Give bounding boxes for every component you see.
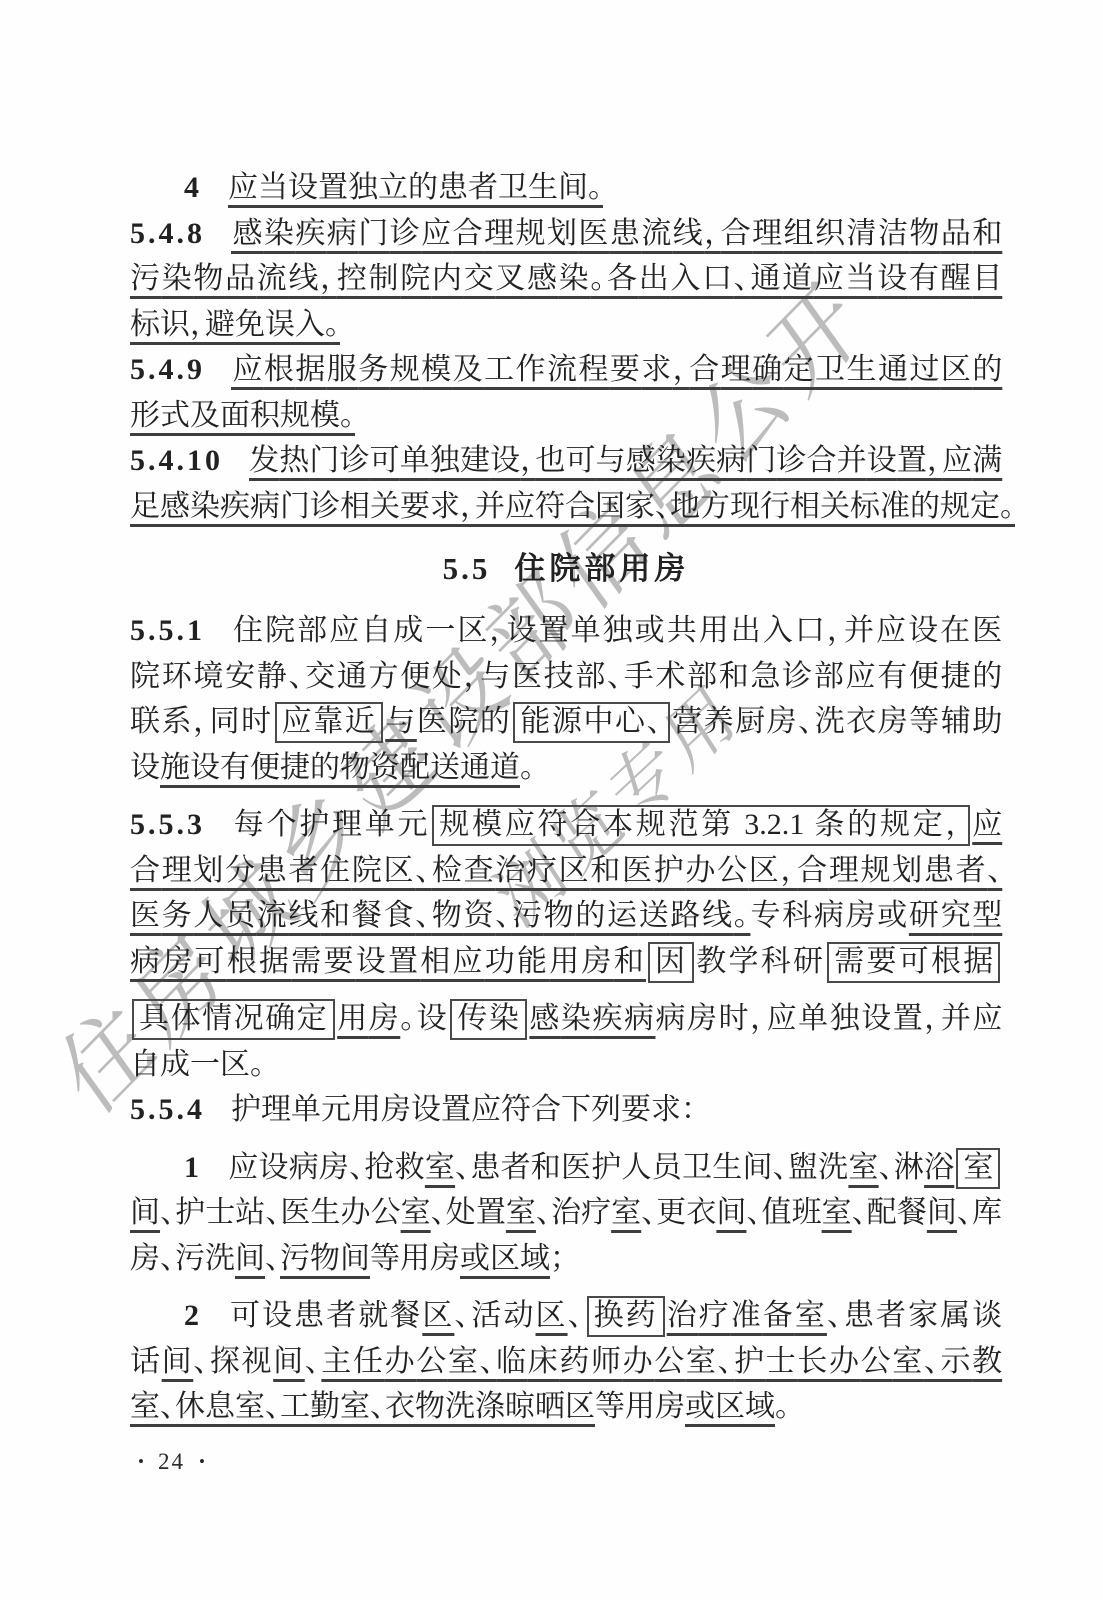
text-segment: 住院部应自成一区，设置单独或共用出入口，并应设在医 xyxy=(231,614,1002,647)
text-segment: 、患者和医护人员卫生间、盥洗 xyxy=(455,1151,848,1184)
heading-title: 住院部用房 xyxy=(514,551,689,586)
text-segment: 。 xyxy=(775,1390,790,1423)
text-line: 污染物品流线，控制院内交叉感染。各出入口、通道应当设有醒目 xyxy=(130,256,1002,302)
punctuation: 。 xyxy=(325,308,340,341)
underlined-text: 病房可根据需要设置相应功能用房和 xyxy=(130,945,646,978)
page-number-dot: • xyxy=(199,1452,205,1471)
underlined-text: 间 xyxy=(927,1196,957,1229)
text-segment: 可设患者就餐 xyxy=(228,1299,422,1332)
text-segment: 、治疗 xyxy=(536,1196,611,1229)
underlined-text: 足感染疾病门诊相关要求，并应符合国家、地方现行相关标准的规定。 xyxy=(130,490,1015,523)
punctuation: ， xyxy=(780,854,797,887)
underlined-text: 浴 xyxy=(924,1151,954,1184)
section-number: 2 xyxy=(184,1299,202,1332)
underlined-text: 治疗准备室 xyxy=(667,1299,827,1332)
punctuation: ， xyxy=(460,490,475,523)
punctuation: 、 xyxy=(288,660,305,693)
text-segment: 话 xyxy=(130,1345,162,1378)
text-line: 话间、探视间、主任办公室、临床药师办公室、护士长办公室、示教 xyxy=(130,1339,1002,1385)
boxed-text: 应靠近 xyxy=(275,702,384,743)
text-line: 足感染疾病门诊相关要求，并应符合国家、地方现行相关标准的规定。 xyxy=(130,484,1002,530)
underlined-text: 或区域 xyxy=(685,1390,775,1423)
punctuation: 、 xyxy=(879,1151,894,1184)
punctuation: ， xyxy=(320,262,337,295)
text-segment: 营养厨房、洗衣房等辅助 xyxy=(672,705,1002,738)
underlined-text: 区 xyxy=(422,1299,454,1332)
document-body: 4应当设置独立的患者卫生间。5.4.8感染疾病门诊应合理规划医患流线，合理组织清… xyxy=(0,0,1002,1484)
text-segment: 教学科研 xyxy=(696,945,825,978)
text-segment: 、患者家属谈 xyxy=(827,1299,1002,1332)
punctuation: ， xyxy=(464,660,481,693)
punctuation: 、 xyxy=(655,490,670,523)
punctuation: ， xyxy=(193,705,210,738)
text-segment: 房、污洗 xyxy=(130,1242,235,1275)
text-segment: 联系，同时 xyxy=(130,705,273,738)
punctuation: 、 xyxy=(193,1345,210,1378)
underlined-text: 室 xyxy=(401,1196,431,1229)
text-line: 5.4.9应根据服务规模及工作流程要求，合理确定卫生通过区的 xyxy=(130,347,1002,393)
text-line: 室、休息室、工勤室、衣物洗涤晾晒区等用房或区域。 xyxy=(130,1384,1002,1430)
underlined-text: 施设有便捷的物资配送通道 xyxy=(160,751,520,784)
text-segment: 自成一区。 xyxy=(130,1048,265,1081)
text-line: 具体情况确定用房。设传染感染疾病病房时，应单独设置，并应 xyxy=(130,996,1002,1042)
punctuation: 、 xyxy=(415,899,432,932)
punctuation: 、 xyxy=(265,1390,280,1423)
underlined-text: 间 xyxy=(130,1196,160,1229)
punctuation: 。 xyxy=(588,171,603,204)
punctuation: 、 xyxy=(987,854,1002,887)
underlined-text: 间 xyxy=(162,1345,194,1378)
boxed-text: 室 xyxy=(956,1148,1000,1189)
text-segment: 。设 xyxy=(400,1002,448,1035)
punctuation: ， xyxy=(750,1002,767,1035)
underlined-text: 发热门诊可单独建设，也可与感染疾病门诊合并设置，应满 xyxy=(249,444,1002,477)
punctuation: 、 xyxy=(607,660,624,693)
boxed-text: 传染 xyxy=(450,999,527,1040)
punctuation: 、 xyxy=(370,1390,385,1423)
boxed-text: 具体情况确定 xyxy=(132,999,335,1040)
punctuation: ， xyxy=(520,444,535,477)
section-number: 5.4.10 xyxy=(130,444,223,477)
punctuation: ， xyxy=(489,614,506,647)
text-segment: 。 xyxy=(520,751,535,784)
section-number: 5.4.8 xyxy=(130,217,205,250)
punctuation: 、 xyxy=(746,1196,761,1229)
punctuation: 、 xyxy=(718,1345,735,1378)
text-line: 联系，同时应靠近与医院的能源中心、营养厨房、洗衣房等辅助 xyxy=(130,699,1002,745)
section-number: 5.5.1 xyxy=(130,614,205,647)
text-segment: 、更衣 xyxy=(641,1196,716,1229)
text-line: 4应当设置独立的患者卫生间。 xyxy=(130,165,1002,211)
text-segment: 、 xyxy=(305,1345,322,1378)
underlined-text: 室、休息室、工勤室、衣物洗涤晾晒区 xyxy=(130,1390,595,1423)
text-segment: 每个护理单元 xyxy=(231,808,430,841)
heading-number: 5.5 xyxy=(443,551,491,586)
punctuation: 。 xyxy=(520,751,535,784)
text-segment: 、配餐 xyxy=(852,1196,927,1229)
underlined-text: 室 xyxy=(611,1196,641,1229)
punctuation: 。 xyxy=(1000,490,1015,523)
text-segment: 、处置 xyxy=(431,1196,506,1229)
punctuation: 、 xyxy=(454,1299,471,1332)
text-segment: 、 xyxy=(568,1299,585,1332)
punctuation: 、 xyxy=(305,1345,322,1378)
text-line: 房、污洗间、污物间等用房或区域； xyxy=(130,1236,1002,1282)
punctuation: 、 xyxy=(647,705,664,738)
text-segment: 应设病房、抢救 xyxy=(228,1151,425,1184)
punctuation: 、 xyxy=(773,1151,788,1184)
punctuation: 、 xyxy=(798,705,815,738)
text-segment: 医院的 xyxy=(417,705,512,738)
underlined-text: 室 xyxy=(506,1196,536,1229)
underlined-text: 间 xyxy=(235,1242,265,1275)
section-heading: 5.5住院部用房 xyxy=(130,546,1002,592)
section-number: 5.4.9 xyxy=(130,353,205,386)
page-number-dot: • xyxy=(138,1452,144,1471)
punctuation: 、 xyxy=(349,1151,364,1184)
text-segment: 、值班 xyxy=(746,1196,821,1229)
text-line: 5.5.4护理单元用房设置应符合下列要求： xyxy=(130,1087,1002,1133)
section-number: 1 xyxy=(184,1151,202,1184)
text-line: 设施设有便捷的物资配送通道。 xyxy=(130,745,1002,791)
text-line: 自成一区。 xyxy=(130,1042,1002,1088)
underlined-text: 应当设置独立的患者卫生间。 xyxy=(228,171,603,204)
punctuation: 、 xyxy=(827,1299,844,1332)
text-line: 5.4.8感染疾病门诊应合理规划医患流线，合理组织清洁物品和 xyxy=(130,211,1002,257)
punctuation: ， xyxy=(945,808,963,841)
underlined-text: 研究型 xyxy=(909,899,1002,932)
underlined-text: 或区域 xyxy=(460,1242,550,1275)
text-segment: 等用房 xyxy=(370,1242,460,1275)
underlined-text: 标识，避免误入。 xyxy=(130,308,340,341)
underlined-text: 主任办公室、临床药师办公室、护士长办公室、示教 xyxy=(321,1345,1002,1378)
text-line: 1应设病房、抢救室、患者和医护人员卫生间、盥洗室、淋浴室 xyxy=(130,1145,1002,1191)
punctuation: 、 xyxy=(431,1196,446,1229)
underlined-text: 用房 xyxy=(337,1002,400,1035)
text-line: 5.5.1住院部应自成一区，设置单独或共用出入口，并应设在医 xyxy=(130,608,1002,654)
underlined-text: 应根据服务规模及工作流程要求，合理确定卫生通过区的 xyxy=(231,353,1002,386)
punctuation: 。 xyxy=(400,1002,417,1035)
text-segment: 、 xyxy=(265,1242,280,1275)
text-segment: 、探视 xyxy=(193,1345,273,1378)
punctuation: 、 xyxy=(536,1196,551,1229)
punctuation: 。 xyxy=(340,399,355,432)
text-line: 院环境安静、交通方便处，与医技部、手术部和急诊部应有便捷的 xyxy=(130,654,1002,700)
boxed-text: 规模应符合本规范第 3.2.1 条的规定， xyxy=(432,805,970,846)
punctuation: 、 xyxy=(495,899,512,932)
text-segment: ； xyxy=(550,1242,565,1275)
punctuation: ， xyxy=(704,217,720,250)
punctuation: ； xyxy=(550,1242,565,1275)
punctuation: 、 xyxy=(924,1345,941,1378)
page-number-value: 24 xyxy=(158,1449,185,1474)
underlined-text: 室 xyxy=(848,1151,878,1184)
text-segment: 院环境安静、交通方便处，与医技部、手术部和急诊部应有便捷的 xyxy=(130,660,1002,693)
punctuation: 、 xyxy=(641,1196,656,1229)
underlined-text: 感染疾病门诊应合理规划医患流线，合理组织清洁物品和 xyxy=(231,217,1002,250)
punctuation: 、 xyxy=(568,1299,585,1332)
page-number: •24• xyxy=(130,1439,1010,1485)
text-segment: 、库 xyxy=(957,1196,1002,1229)
section-number: 5.5.3 xyxy=(130,808,205,841)
punctuation: 、 xyxy=(852,1196,867,1229)
punctuation: 、 xyxy=(480,1345,497,1378)
text-segment: 、护士站、医生办公 xyxy=(160,1196,401,1229)
text-line: 形式及面积规模。 xyxy=(130,393,1002,439)
text-line: 间、护士站、医生办公室、处置室、治疗室、更衣间、值班室、配餐间、库 xyxy=(130,1190,1002,1236)
text-line: 合理划分患者住院区、检查治疗区和医护办公区，合理规划患者、 xyxy=(130,848,1002,894)
punctuation: 、 xyxy=(265,1196,280,1229)
text-segment: 、活动 xyxy=(454,1299,535,1332)
punctuation: ， xyxy=(927,444,942,477)
punctuation: 、 xyxy=(160,1242,175,1275)
punctuation: 、 xyxy=(455,1151,470,1184)
text-line: 5.5.3每个护理单元规模应符合本规范第 3.2.1 条的规定，应 xyxy=(130,802,1002,848)
punctuation: 、 xyxy=(415,854,432,887)
underlined-text: 感染疾病 xyxy=(529,1002,655,1035)
text-segment: 病房时，应单独设置，并应 xyxy=(656,1002,1003,1035)
section-number: 5.5.4 xyxy=(130,1093,205,1126)
punctuation: 。 xyxy=(775,1390,790,1423)
text-line: 医务人员流线和餐食、物资、污物的运送路线。专科病房或研究型 xyxy=(130,893,1002,939)
document-page: 住房城乡建设部信息公开 浏览专用 4应当设置独立的患者卫生间。5.4.8感染疾病… xyxy=(0,0,1103,1600)
underlined-text: 医务人员流线和餐食、物资、污物的运送路线。 xyxy=(130,899,750,932)
text-segment: 护理单元用房设置应符合下列要求： xyxy=(231,1093,696,1126)
underlined-text: 室 xyxy=(822,1196,852,1229)
punctuation: 。 xyxy=(590,262,607,295)
punctuation: 。 xyxy=(250,1048,265,1081)
section-number: 4 xyxy=(184,171,202,204)
text-segment: 、淋 xyxy=(879,1151,924,1184)
punctuation: 、 xyxy=(160,1196,175,1229)
text-line: 病房可根据需要设置相应功能用房和因教学科研需要可根据 xyxy=(130,939,1002,985)
boxed-text: 需要可根据 xyxy=(827,942,1000,983)
punctuation: 、 xyxy=(734,262,751,295)
boxed-text: 换药 xyxy=(587,1296,665,1337)
underlined-text: 应 xyxy=(972,808,1002,841)
punctuation: 、 xyxy=(265,1242,280,1275)
punctuation: ： xyxy=(681,1093,696,1126)
text-line: 2可设患者就餐区、活动区、换药治疗准备室、患者家属谈 xyxy=(130,1293,1002,1339)
punctuation: ， xyxy=(827,614,844,647)
punctuation: 。 xyxy=(734,899,751,932)
underlined-text: 污物间 xyxy=(280,1242,370,1275)
underlined-text: 合理划分患者住院区、检查治疗区和医护办公区，合理规划患者、 xyxy=(130,854,1002,887)
underlined-text: 间 xyxy=(716,1196,746,1229)
punctuation: 、 xyxy=(160,1390,175,1423)
text-line: 标识，避免误入。 xyxy=(130,302,1002,348)
boxed-text: 能源中心、 xyxy=(513,702,670,743)
punctuation: 、 xyxy=(957,1196,972,1229)
text-segment: 设 xyxy=(130,751,160,784)
text-segment: 等用房 xyxy=(595,1390,685,1423)
underlined-text: 室 xyxy=(425,1151,455,1184)
punctuation: ， xyxy=(190,308,205,341)
underlined-text: 与 xyxy=(385,705,417,738)
punctuation: ， xyxy=(924,1002,941,1035)
text-segment: 专科病房或 xyxy=(750,899,908,932)
boxed-text: 因 xyxy=(648,942,694,983)
punctuation: ， xyxy=(673,353,689,386)
underlined-text: 间 xyxy=(273,1345,305,1378)
underlined-text: 污染物品流线，控制院内交叉感染。各出入口、通道应当设有醒目 xyxy=(130,262,1002,295)
underlined-text: 形式及面积规模。 xyxy=(130,399,355,432)
underlined-text: 区 xyxy=(536,1299,568,1332)
text-line: 5.4.10发热门诊可单独建设，也可与感染疾病门诊合并设置，应满 xyxy=(130,438,1002,484)
